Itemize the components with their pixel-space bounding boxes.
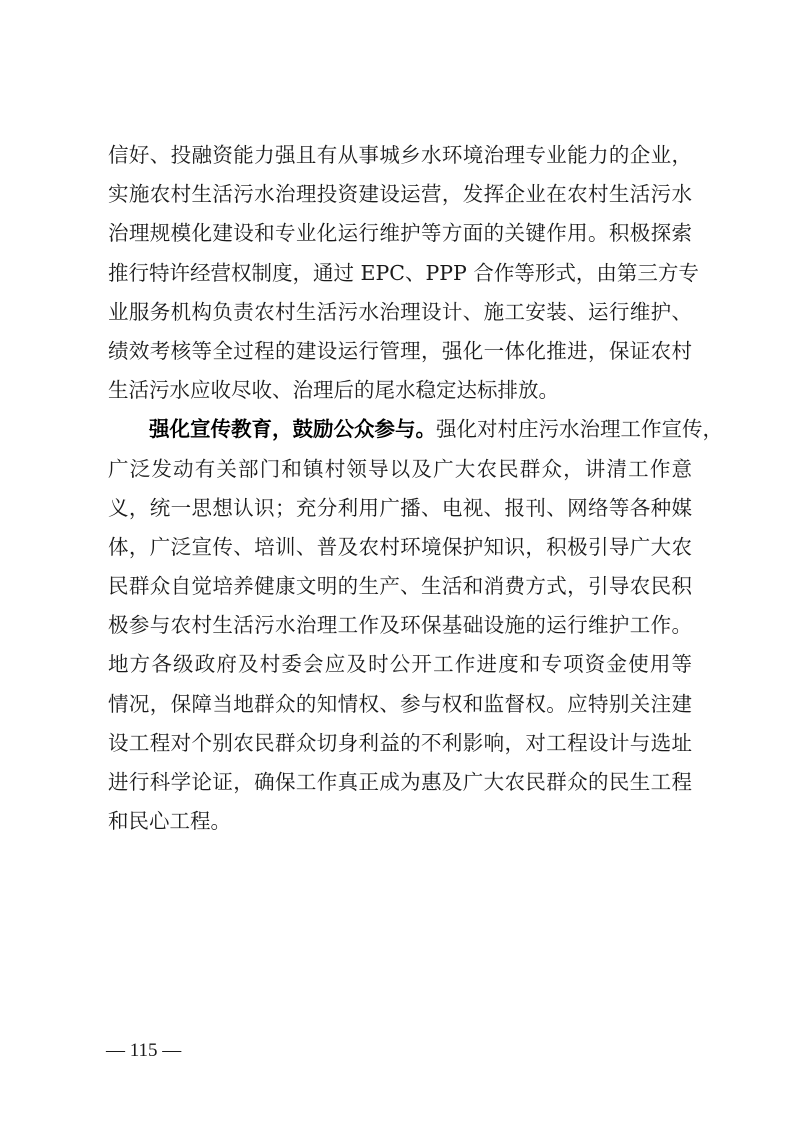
text-run: 强化对村庄污水治理工作宣传，	[436, 417, 723, 441]
text-line: 广泛发动有关部门和镇村领导以及广大农民群众，讲清工作意	[108, 450, 692, 489]
text-line: 实施农村生活污水治理投资建设运营，发挥企业在农村生活污水	[108, 175, 692, 214]
text-line: 民群众自觉培养健康文明的生产、生活和消费方式，引导农民积	[108, 567, 692, 606]
text-line-with-heading: 强化宣传教育，鼓励公众参与。强化对村庄污水治理工作宣传，	[108, 410, 692, 449]
text-line: 和民心工程。	[108, 802, 692, 841]
text-line: 体，广泛宣传、培训、普及农村环境保护知识，积极引导广大农	[108, 528, 692, 567]
text-line: 绩效考核等全过程的建设运行管理，强化一体化推进，保证农村	[108, 332, 692, 371]
text-line: 生活污水应收尽收、治理后的尾水稳定达标排放。	[108, 371, 692, 410]
text-line: 地方各级政府及村委会应及时公开工作进度和专项资金使用等	[108, 645, 692, 684]
text-line: 业服务机构负责农村生活污水治理设计、施工安装、运行维护、	[108, 293, 692, 332]
paragraph-enterprise-participation: 信好、投融资能力强且有从事城乡水环境治理专业能力的企业， 实施农村生活污水治理投…	[108, 136, 692, 410]
body-text: 信好、投融资能力强且有从事城乡水环境治理专业能力的企业， 实施农村生活污水治理投…	[108, 136, 692, 841]
paragraph-public-participation: 强化宣传教育，鼓励公众参与。强化对村庄污水治理工作宣传， 广泛发动有关部门和镇村…	[108, 410, 692, 841]
text-line: 义，统一思想认识；充分利用广播、电视、报刊、网络等各种媒	[108, 489, 692, 528]
text-line: 推行特许经营权制度，通过 EPC、PPP 合作等形式，由第三方专	[108, 254, 692, 293]
page-number: — 115 —	[106, 1040, 181, 1062]
text-line: 极参与农村生活污水治理工作及环保基础设施的运行维护工作。	[108, 606, 692, 645]
text-line: 情况，保障当地群众的知情权、参与权和监督权。应特别关注建	[108, 685, 692, 724]
text-line: 治理规模化建设和专业化运行维护等方面的关键作用。积极探索	[108, 214, 692, 253]
text-line: 信好、投融资能力强且有从事城乡水环境治理专业能力的企业，	[108, 136, 692, 175]
text-line: 设工程对个别农民群众切身利益的不利影响，对工程设计与选址	[108, 724, 692, 763]
text-line: 进行科学论证，确保工作真正成为惠及广大农民群众的民生工程	[108, 763, 692, 802]
paragraph-heading: 强化宣传教育，鼓励公众参与。	[149, 417, 436, 441]
document-page: 信好、投融资能力强且有从事城乡水环境治理专业能力的企业， 实施农村生活污水治理投…	[0, 0, 793, 1122]
